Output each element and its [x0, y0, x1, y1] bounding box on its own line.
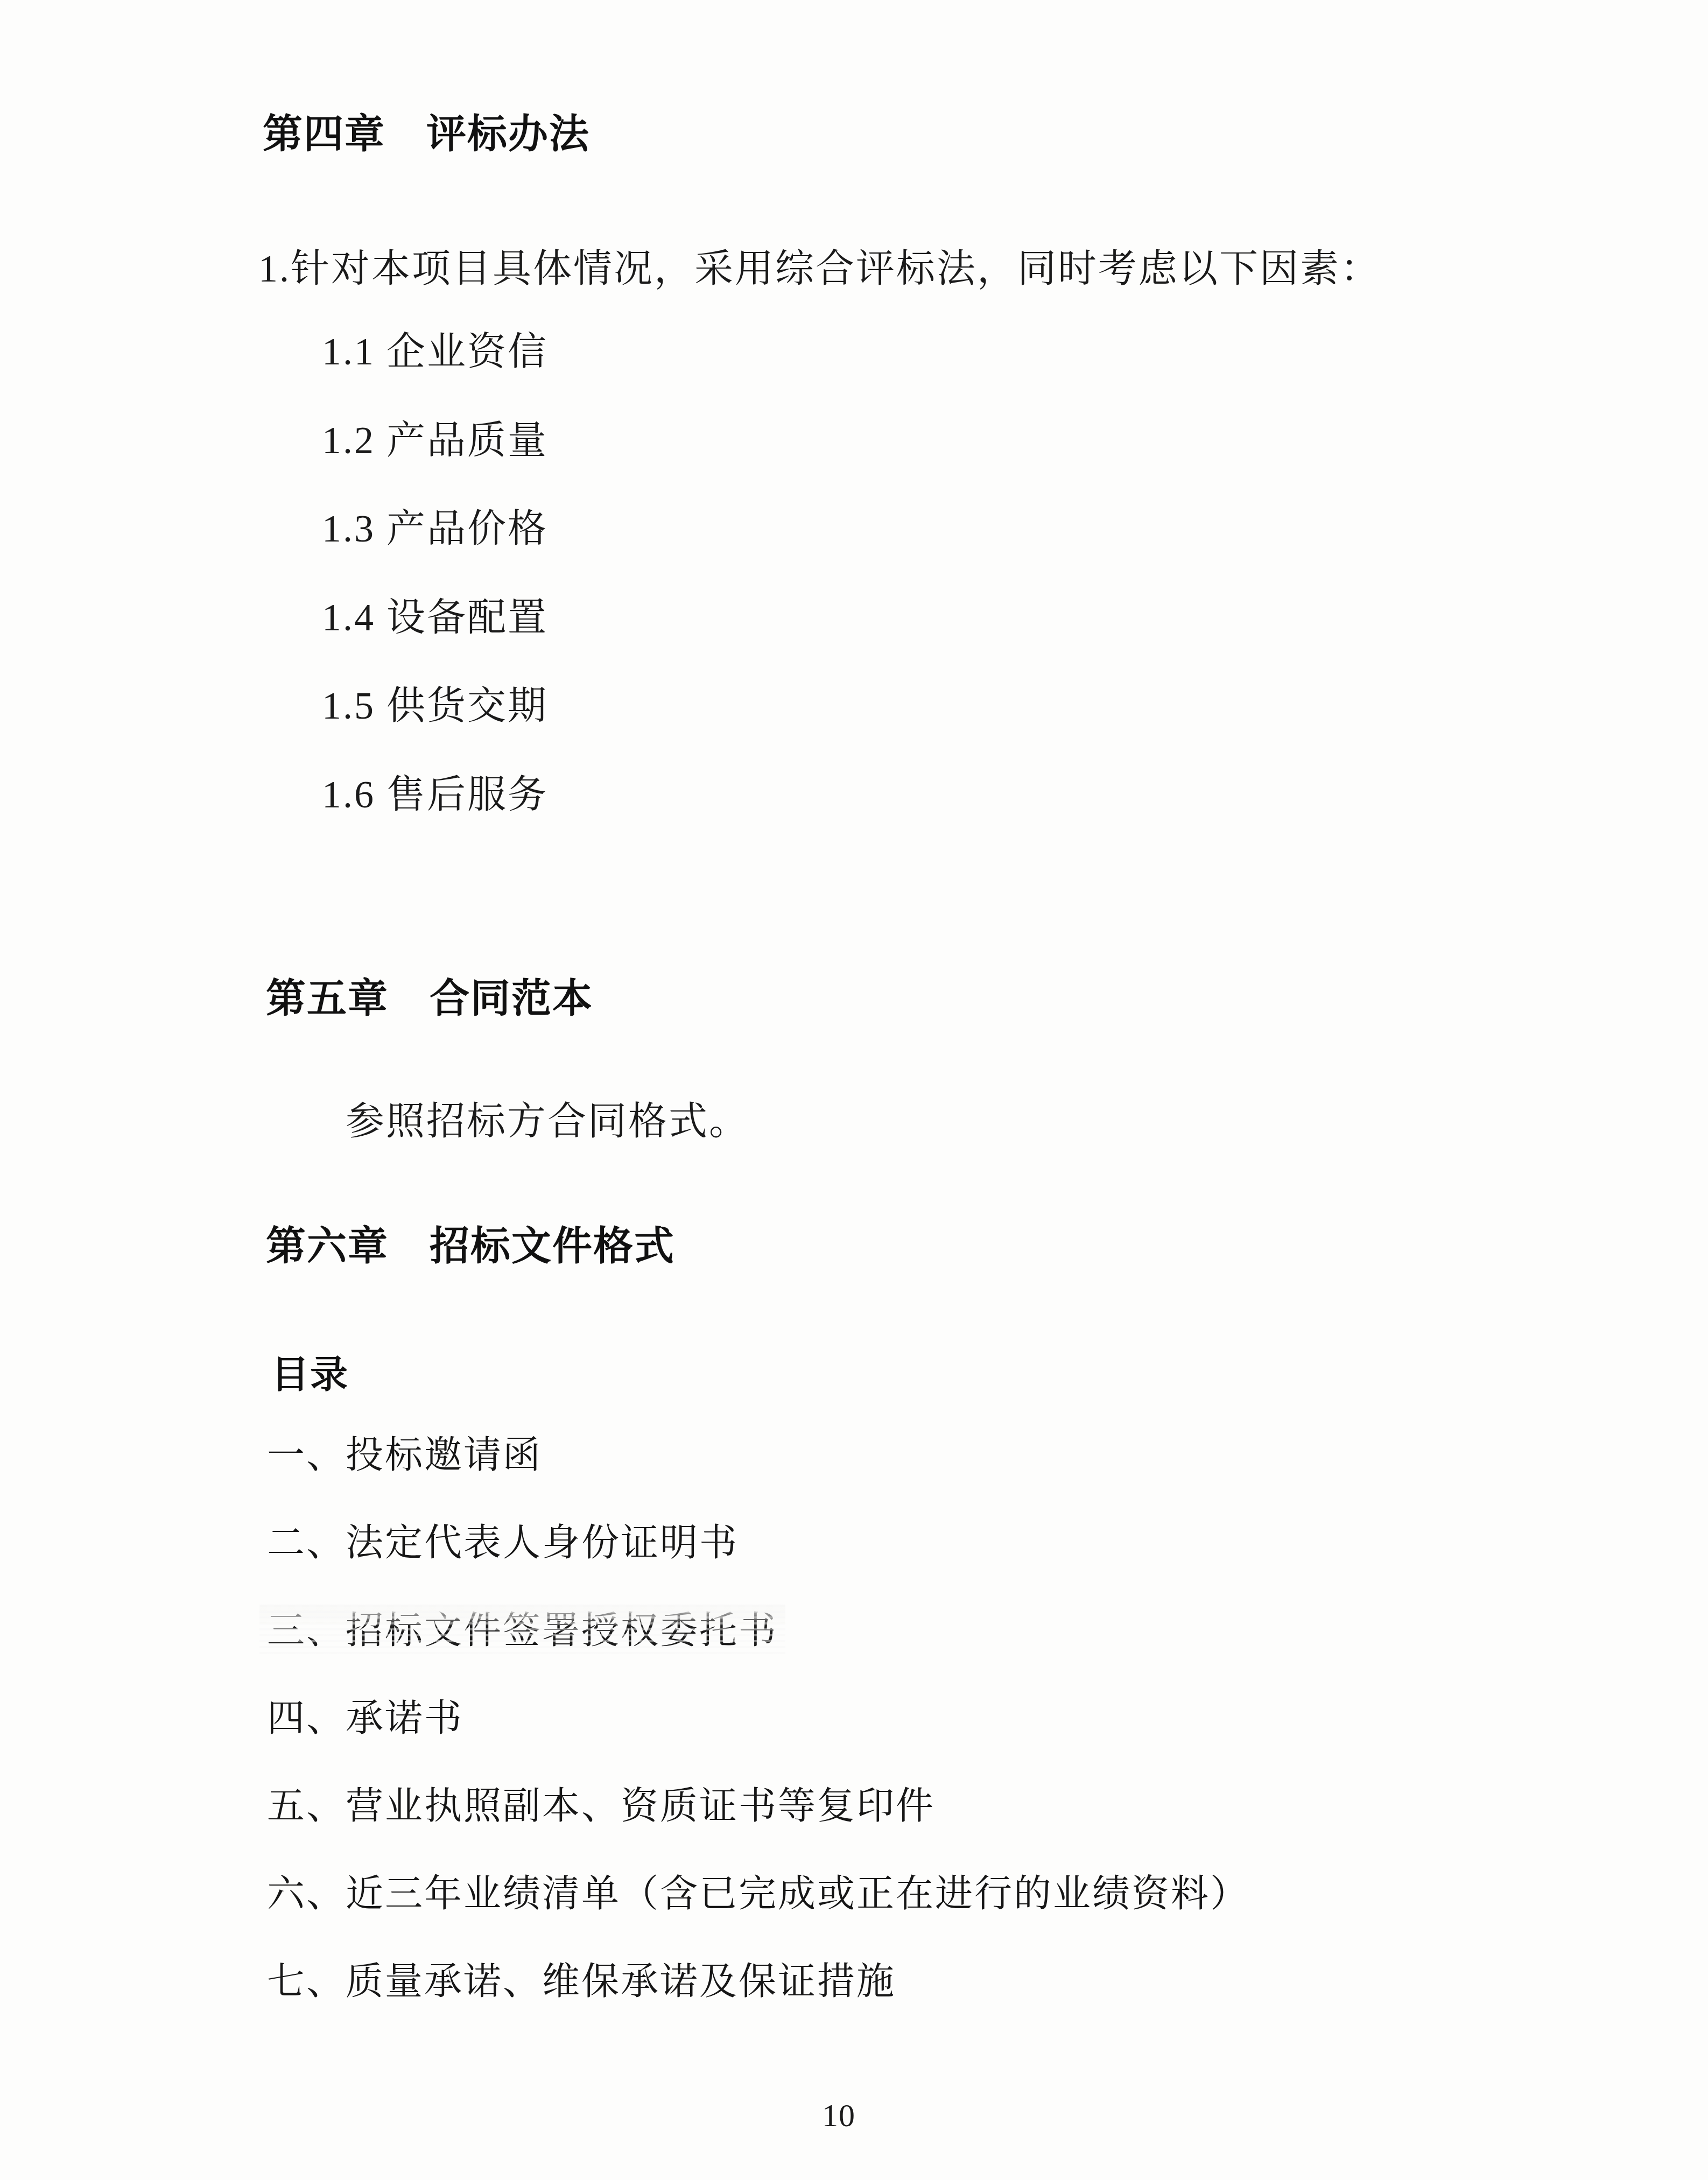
factor-item-1: 1.1 企业资信 [322, 329, 548, 374]
chapter6-title: 第六章 招标文件格式 [266, 1224, 675, 1270]
factor-item-6: 1.6 售后服务 [322, 772, 548, 817]
chapter4-intro: 1.针对本项目具体情况，采用综合评标法，同时考虑以下因素： [258, 247, 1381, 291]
chapter5-body: 参照招标方合同格式。 [346, 1099, 749, 1144]
toc-item-1: 一、投标邀请函 [267, 1434, 542, 1478]
factor-item-2: 1.2 产品质量 [322, 418, 548, 463]
toc-item-3: 三、招标文件签署授权委托书 [267, 1610, 778, 1654]
factor-item-5: 1.5 供货交期 [322, 684, 548, 728]
toc-item-7: 七、质量承诺、维保承诺及保证措施 [267, 1961, 896, 2005]
document-page: 第四章 评标办法 1.针对本项目具体情况，采用综合评标法，同时考虑以下因素： 1… [0, 0, 1708, 2180]
chapter4-title: 第四章 评标办法 [263, 112, 590, 158]
toc-heading: 目录 [271, 1345, 349, 1399]
toc-item-2: 二、法定代表人身份证明书 [267, 1522, 739, 1566]
toc-item-4: 四、承诺书 [267, 1698, 463, 1741]
toc-item-5: 五、营业执照副本、资质证书等复印件 [267, 1785, 935, 1829]
page-number: 10 [822, 2097, 855, 2134]
factor-item-4: 1.4 设备配置 [322, 595, 548, 640]
toc-item-6: 六、近三年业绩清单（含已完成或正在进行的业绩资料） [267, 1873, 1249, 1917]
factor-item-3: 1.3 产品价格 [322, 507, 548, 551]
chapter5-title: 第五章 合同范本 [266, 976, 593, 1022]
